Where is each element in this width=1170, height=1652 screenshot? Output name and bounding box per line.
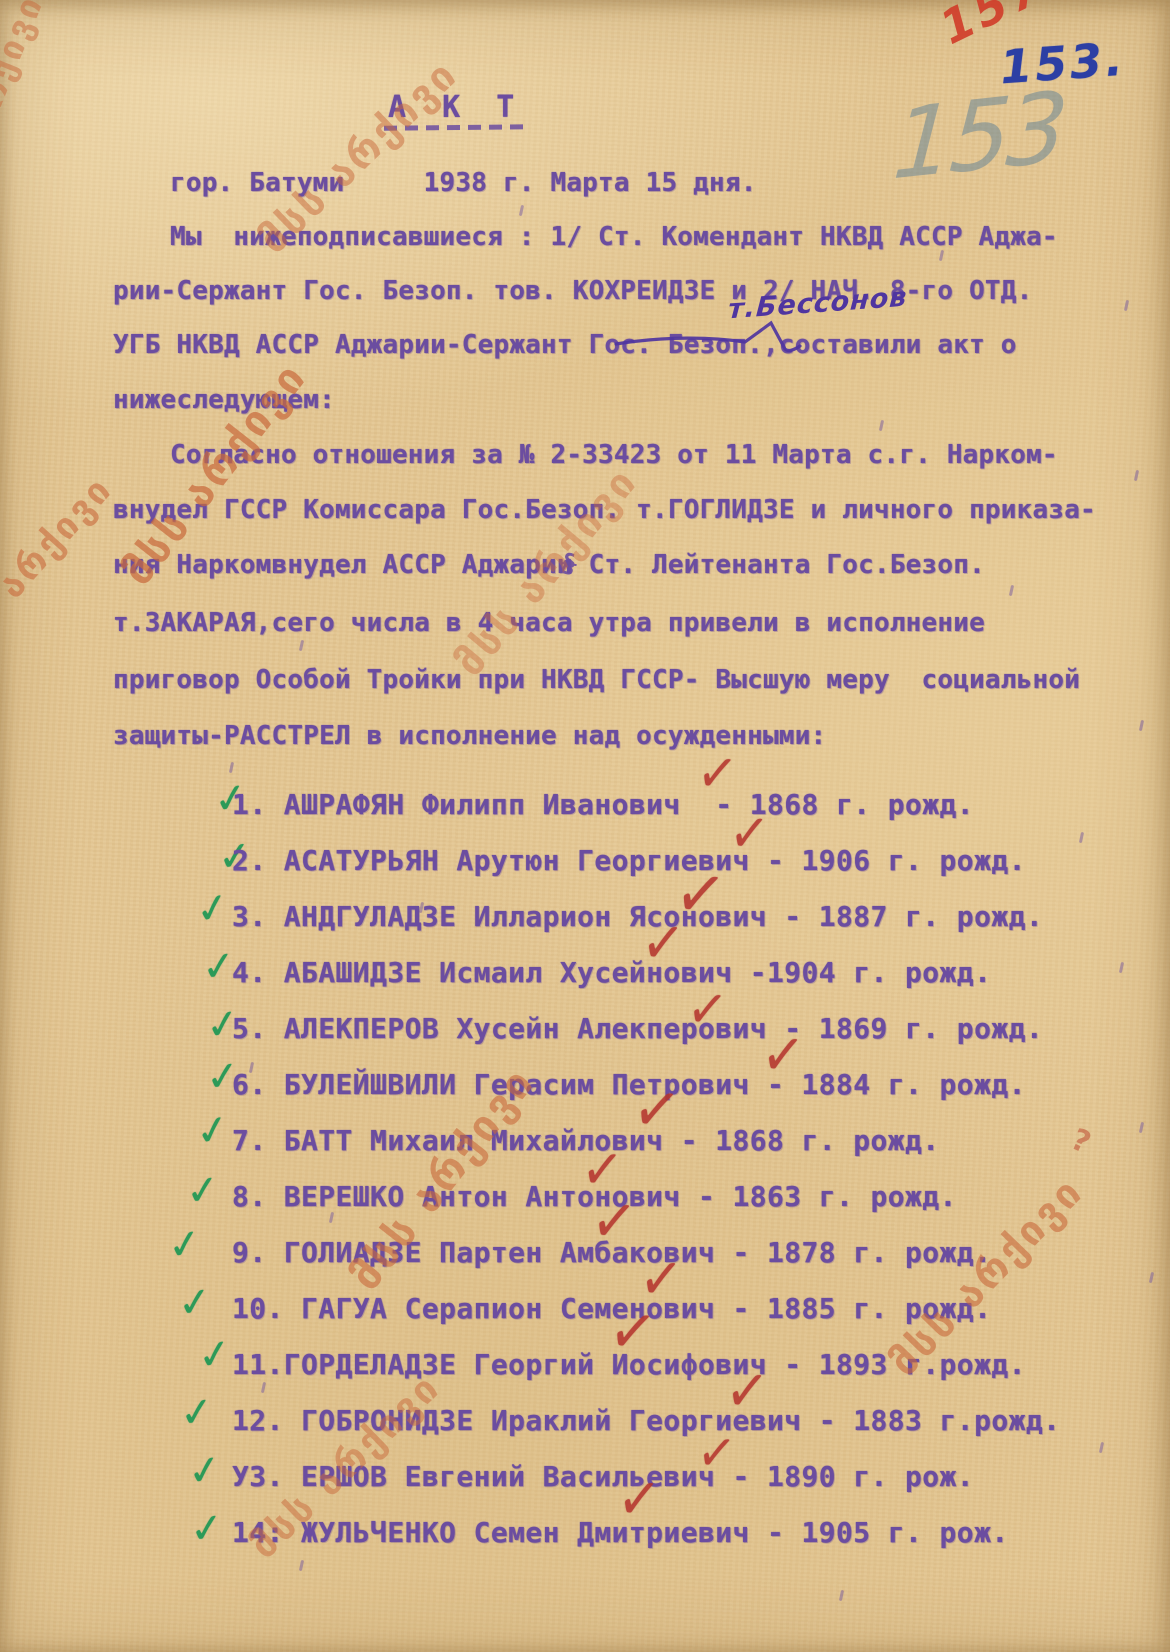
green-checkmark-icon: ✓ — [195, 1330, 235, 1380]
condemned-row: 6. БУЛЕЙШВИЛИ Герасим Петрович - 1884 г.… — [232, 1068, 1026, 1101]
condemned-row: 5. АЛЕКПЕРОВ Хусейн Алекперович - 1869 г… — [232, 1012, 1043, 1045]
red-checkmark-icon: ✓ — [723, 1355, 772, 1427]
red-checkmark-icon: ✓ — [639, 907, 688, 979]
green-checkmark-icon: ✓ — [192, 1105, 233, 1156]
typed-line: гор. Батуми 1938 г. Марта 15 дня. — [170, 168, 757, 198]
typed-line: УГБ НКВД АССР Аджарии-Сержант Гос. Безоп… — [113, 330, 1017, 360]
condemned-row: 1. АШРАФЯН Филипп Иванович - 1868 г. рож… — [232, 788, 974, 821]
typed-line: Согласно отношения за № 2-33423 от 11 Ма… — [170, 440, 1058, 470]
green-checkmark-icon: ✓ — [185, 1446, 225, 1496]
ink-speck — [1149, 1272, 1154, 1283]
green-checkmark-icon: ✓ — [178, 1388, 216, 1437]
ink-speck — [329, 1212, 334, 1223]
typed-line: приговор Особой Тройки при НКВД ГССР- Вы… — [113, 665, 1080, 695]
ink-speck — [1139, 720, 1144, 731]
ink-speck — [519, 205, 524, 216]
green-checkmark-icon: ✓ — [165, 1220, 205, 1270]
ink-speck — [839, 1590, 844, 1601]
title-underline — [384, 124, 530, 131]
ink-speck — [261, 1382, 266, 1393]
ink-speck — [879, 420, 884, 431]
typed-line: Мы нижеподписавшиеся : 1/ Ст. Комендант … — [170, 222, 1058, 252]
ink-speck — [1009, 585, 1014, 596]
page-number-pencil: 153 — [890, 70, 1068, 201]
ink-speck — [299, 640, 304, 651]
archive-watermark: მსს არქივი — [0, 0, 52, 211]
green-checkmark-icon: ✓ — [192, 883, 233, 934]
green-checkmark-icon: ✓ — [184, 1166, 222, 1215]
green-checkmark-icon: ✓ — [188, 1504, 226, 1553]
typed-line: нижеследующем: — [113, 385, 335, 415]
ink-speck — [1134, 470, 1139, 481]
condemned-row: 2. АСАТУРЬЯН Арутюн Георгиевич - 1906 г.… — [232, 844, 1026, 877]
red-checkmark-icon: ✓ — [759, 1019, 808, 1091]
condemned-row: У3. ЕРШОВ Евгений Васильевич - 1890 г. р… — [232, 1460, 974, 1493]
ink-speck — [229, 762, 234, 773]
ink-speck — [1139, 1122, 1144, 1133]
condemned-row: 4. АБАШИДЗЕ Исмаил Хусейнович -1904 г. р… — [232, 956, 991, 989]
condemned-row: 12. ГОБРОНИДЗЕ Ираклий Георгиевич - 1883… — [232, 1404, 1060, 1437]
scanned-document-page: { "document": { "archive_marks": { "corn… — [0, 0, 1170, 1652]
typed-line: ния Наркомвнудел АССР Аджарии Ст. Лейтен… — [113, 550, 985, 580]
typed-line: т.ЗАКАРАЯ,сего числа в 4 часа утра приве… — [113, 608, 985, 638]
ink-speck — [1119, 962, 1124, 973]
ink-speck — [1079, 832, 1084, 843]
red-checkmark-icon: ✓ — [727, 799, 772, 866]
red-checkmark-icon: ✓ — [615, 1463, 664, 1535]
handwritten-insertion-mark — [612, 316, 807, 360]
green-checkmark-icon: ✓ — [176, 1278, 214, 1327]
typed-line: внудел ГССР Комиссара Гос.Безоп. т.ГОГЛИ… — [113, 495, 1096, 525]
archive-watermark: მსს არქივი — [0, 469, 121, 671]
ink-speck — [1099, 1442, 1104, 1453]
ink-speck — [299, 1560, 304, 1571]
condemned-row: 3. АНДГУЛАДЗЕ Илларион Ясонович - 1887 г… — [232, 900, 1043, 933]
ink-speck — [1124, 300, 1129, 311]
document-title: А К Т — [388, 90, 523, 125]
ink-speck — [939, 250, 944, 261]
stray-question-mark: ? — [1066, 1122, 1096, 1161]
